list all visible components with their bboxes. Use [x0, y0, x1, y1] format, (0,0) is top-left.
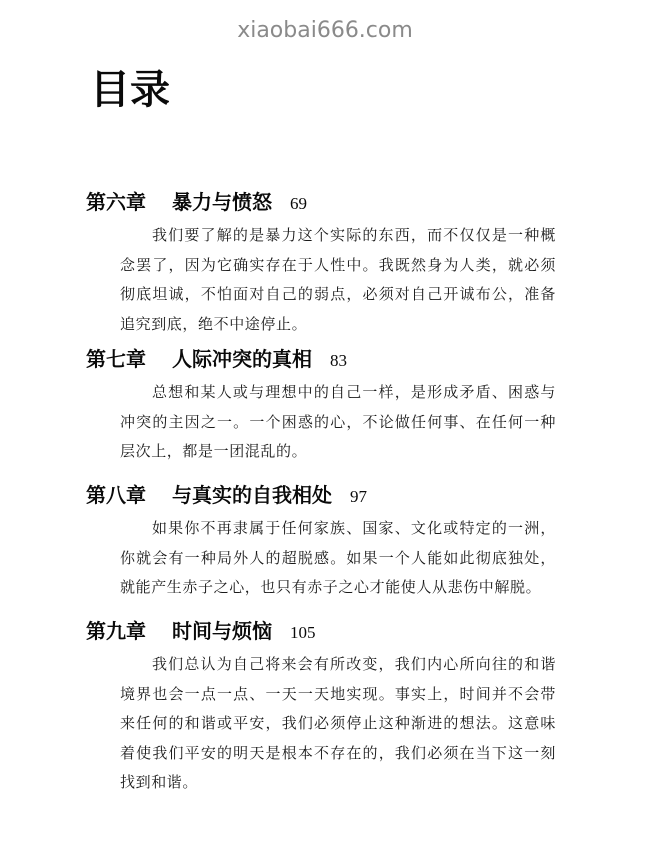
chapter-number: 第九章: [86, 618, 172, 644]
chapter-heading: 第七章人际冲突的真相83: [86, 346, 556, 372]
chapter-page-number: 69: [290, 191, 307, 217]
chapter-title: 与真实的自我相处: [172, 482, 332, 508]
chapter-heading: 第八章与真实的自我相处97: [86, 482, 556, 508]
chapter-number: 第七章: [86, 346, 172, 372]
toc-entry-chapter-9: 第九章时间与烦恼105 我们总认为自己将来会有所改变，我们内心所向往的和谐境界也…: [86, 618, 556, 798]
chapter-title: 人际冲突的真相: [172, 346, 312, 372]
chapter-number: 第六章: [86, 189, 172, 215]
watermark-text: xiaobai666.com: [0, 18, 650, 43]
chapter-description: 如果你不再隶属于任何家族、国家、文化或特定的一洲，你就会有一种局外人的超脱感。如…: [120, 514, 556, 603]
toc-entry-chapter-6: 第六章暴力与愤怒69 我们要了解的是暴力这个实际的东西，而不仅仅是一种概念罢了，…: [86, 189, 556, 339]
chapter-heading: 第九章时间与烦恼105: [86, 618, 556, 644]
chapter-title: 时间与烦恼: [172, 618, 272, 644]
chapter-number: 第八章: [86, 482, 172, 508]
toc-entry-chapter-7: 第七章人际冲突的真相83 总想和某人或与理想中的自己一样，是形成矛盾、困惑与冲突…: [86, 346, 556, 467]
chapter-heading: 第六章暴力与愤怒69: [86, 189, 556, 215]
chapter-description: 我们要了解的是暴力这个实际的东西，而不仅仅是一种概念罢了，因为它确实存在于人性中…: [120, 221, 556, 339]
toc-entry-chapter-8: 第八章与真实的自我相处97 如果你不再隶属于任何家族、国家、文化或特定的一洲，你…: [86, 482, 556, 603]
chapter-description: 我们总认为自己将来会有所改变，我们内心所向往的和谐境界也会一点一点、一天一天地实…: [120, 650, 556, 798]
chapter-title: 暴力与愤怒: [172, 189, 272, 215]
chapter-page-number: 83: [330, 348, 347, 374]
chapter-page-number: 97: [350, 484, 367, 510]
page-title: 目录: [90, 66, 170, 114]
chapter-description: 总想和某人或与理想中的自己一样，是形成矛盾、困惑与冲突的主因之一。一个困惑的心，…: [120, 378, 556, 467]
chapter-page-number: 105: [290, 620, 316, 646]
